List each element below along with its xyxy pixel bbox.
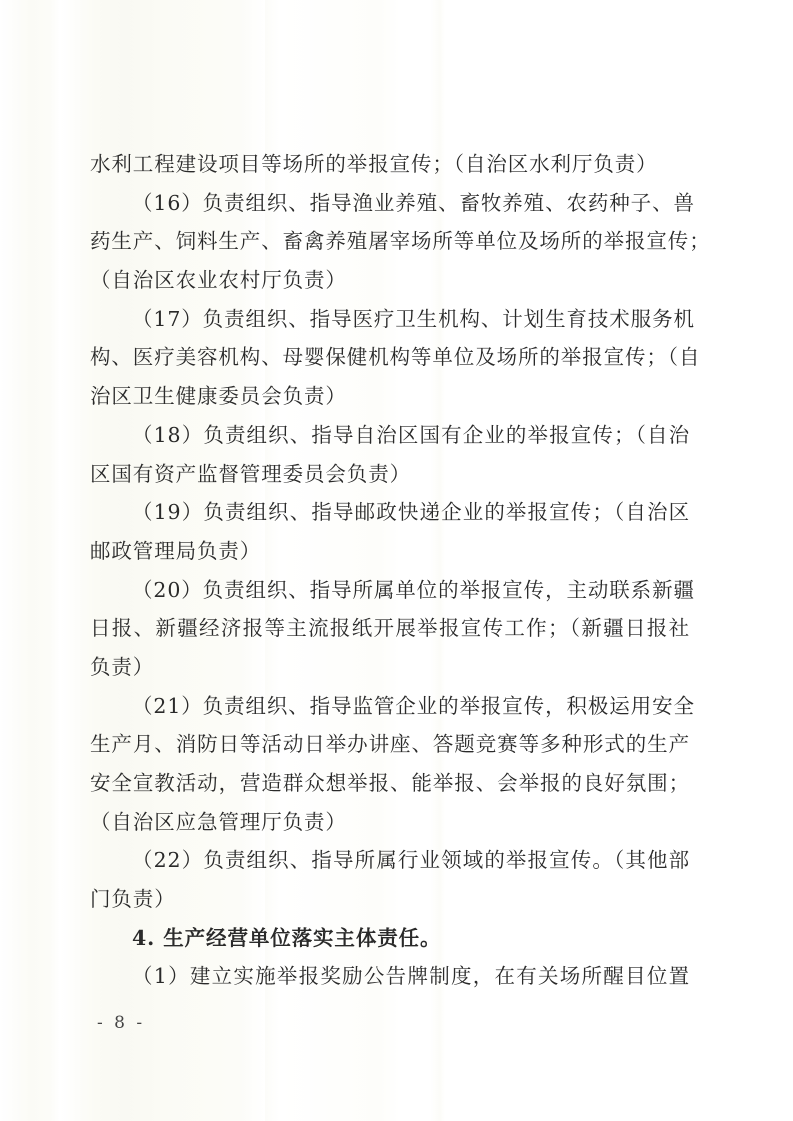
paragraph-item-19-line-1: （19）负责组织、指导邮政快递企业的举报宣传；（自治区 xyxy=(90,493,690,532)
section-heading-4: 4. 生产经营单位落实主体责任。 xyxy=(90,919,690,958)
paragraph-item-18-line-1: （18）负责组织、指导自治区国有企业的举报宣传；（自治 xyxy=(90,416,690,455)
paragraph-section-4-item-1-line-1: （1）建立实施举报奖励公告牌制度，在有关场所醒目位置 xyxy=(90,957,690,996)
paragraph-item-22-line-1: （22）负责组织、指导所属行业领域的举报宣传。（其他部 xyxy=(90,841,690,880)
paragraph-line: 水利工程建设项目等场所的举报宣传；（自治区水利厅负责） xyxy=(90,145,690,184)
paragraph-item-16-line-3: （自治区农业农村厅负责） xyxy=(90,261,690,300)
paragraph-item-20-line-2: 日报、新疆经济报等主流报纸开展举报宣传工作；（新疆日报社 xyxy=(90,609,690,648)
paragraph-item-18-line-2: 区国有资产监督管理委员会负责） xyxy=(90,455,690,494)
paragraph-item-20-line-3: 负责） xyxy=(90,648,690,687)
paragraph-item-22-line-2: 门负责） xyxy=(90,880,690,919)
document-body: 水利工程建设项目等场所的举报宣传；（自治区水利厅负责） （16）负责组织、指导渔… xyxy=(90,145,690,996)
paragraph-item-21-line-4: （自治区应急管理厅负责） xyxy=(90,803,690,842)
paragraph-item-16-line-1: （16）负责组织、指导渔业养殖、畜牧养殖、农药种子、兽 xyxy=(90,184,690,223)
paragraph-item-21-line-3: 安全宣教活动，营造群众想举报、能举报、会举报的良好氛围； xyxy=(90,764,690,803)
page-number: - 8 - xyxy=(97,1013,145,1033)
paragraph-item-20-line-1: （20）负责组织、指导所属单位的举报宣传，主动联系新疆 xyxy=(90,571,690,610)
paragraph-item-21-line-2: 生产月、消防日等活动日举办讲座、答题竞赛等多种形式的生产 xyxy=(90,725,690,764)
paragraph-item-17-line-2: 构、医疗美容机构、母婴保健机构等单位及场所的举报宣传；（自 xyxy=(90,338,690,377)
paragraph-item-16-line-2: 药生产、饲料生产、畜禽养殖屠宰场所等单位及场所的举报宣传； xyxy=(90,222,690,261)
paragraph-item-17-line-3: 治区卫生健康委员会负责） xyxy=(90,377,690,416)
paragraph-item-17-line-1: （17）负责组织、指导医疗卫生机构、计划生育技术服务机 xyxy=(90,300,690,339)
paragraph-item-19-line-2: 邮政管理局负责） xyxy=(90,532,690,571)
paragraph-item-21-line-1: （21）负责组织、指导监管企业的举报宣传，积极运用安全 xyxy=(90,687,690,726)
